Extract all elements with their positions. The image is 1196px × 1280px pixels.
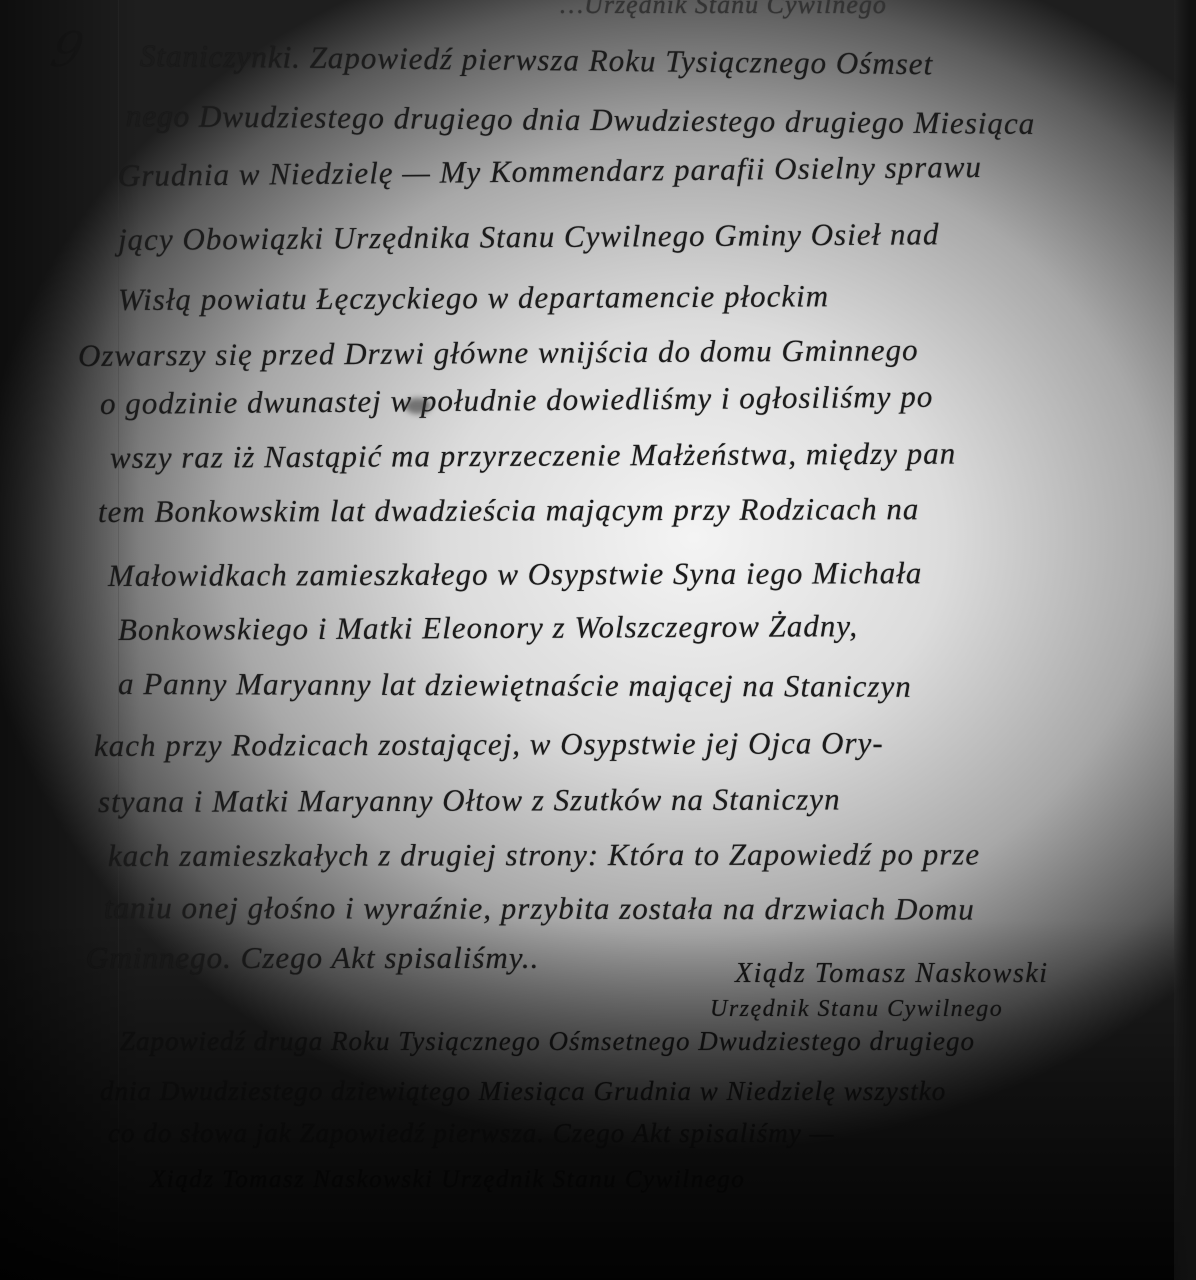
entry-number: 9	[46, 22, 88, 78]
signature-name: Xiądz Tomasz Naskowski	[735, 958, 1049, 990]
ink-smudge	[405, 398, 431, 414]
signature-title: Urzędnik Stanu Cywilnego	[710, 996, 1003, 1023]
text-line: tem Bonkowskim lat dwadzieścia mającym p…	[98, 491, 920, 530]
text-line: kach przy Rodzicach zostającej, w Osypst…	[94, 725, 884, 764]
text-line: nego Dwudziestego drugiego dnia Dwudzies…	[126, 98, 1036, 142]
document-page: …Urzędnik Stanu Cywilnego 9 Staniczynki.…	[0, 0, 1196, 1280]
text-line: Grudnia w Niedzielę — My Kommendarz para…	[118, 149, 982, 194]
text-line: styana i Matki Maryanny Ołtow z Szutków …	[98, 781, 841, 820]
text-line: o godzinie dwunastej w południe dowiedli…	[100, 379, 934, 422]
text-line: Zapowiedź druga Roku Tysiącznego Ośmsetn…	[120, 1026, 975, 1057]
signature-block-2: Xiądz Tomasz Naskowski Urzędnik Stanu Cy…	[150, 1166, 745, 1194]
text-line: a Panny Maryanny lat dziewiętnaście mają…	[118, 666, 912, 705]
text-line: Małowidkach zamieszkałego w Osypstwie Sy…	[108, 555, 923, 594]
text-line: Staniczynki. Zapowiedź pierwsza Roku Tys…	[140, 38, 934, 82]
text-line: dnia Dwudziestego dziewiątego Miesiąca G…	[100, 1076, 946, 1107]
text-line: jący Obowiązki Urzędnika Stanu Cywilnego…	[118, 216, 940, 258]
text-line: taniu onej głośno i wyraźnie, przybita z…	[104, 890, 975, 928]
text-line: wszy raz iż Nastąpić ma przyrzeczenie Ma…	[110, 436, 956, 476]
text-line: kach zamieszkałych z drugiej strony: Któ…	[108, 836, 980, 874]
text-line: Ozwarszy się przed Drzwi główne wnijścia…	[78, 332, 919, 374]
text-line: Wisłą powiatu Łęczyckiego w departamenci…	[118, 278, 829, 318]
text-line: Bonkowskiego i Matki Eleonory z Wolszcze…	[118, 608, 858, 648]
page-edge-right	[1174, 0, 1196, 1280]
text-line: co do słowa jak Zapowiedź pierwsza. Czeg…	[108, 1118, 835, 1149]
text-line: Gminnego. Czego Akt spisaliśmy..	[86, 940, 539, 976]
header-fragment: …Urzędnik Stanu Cywilnego	[560, 0, 887, 20]
